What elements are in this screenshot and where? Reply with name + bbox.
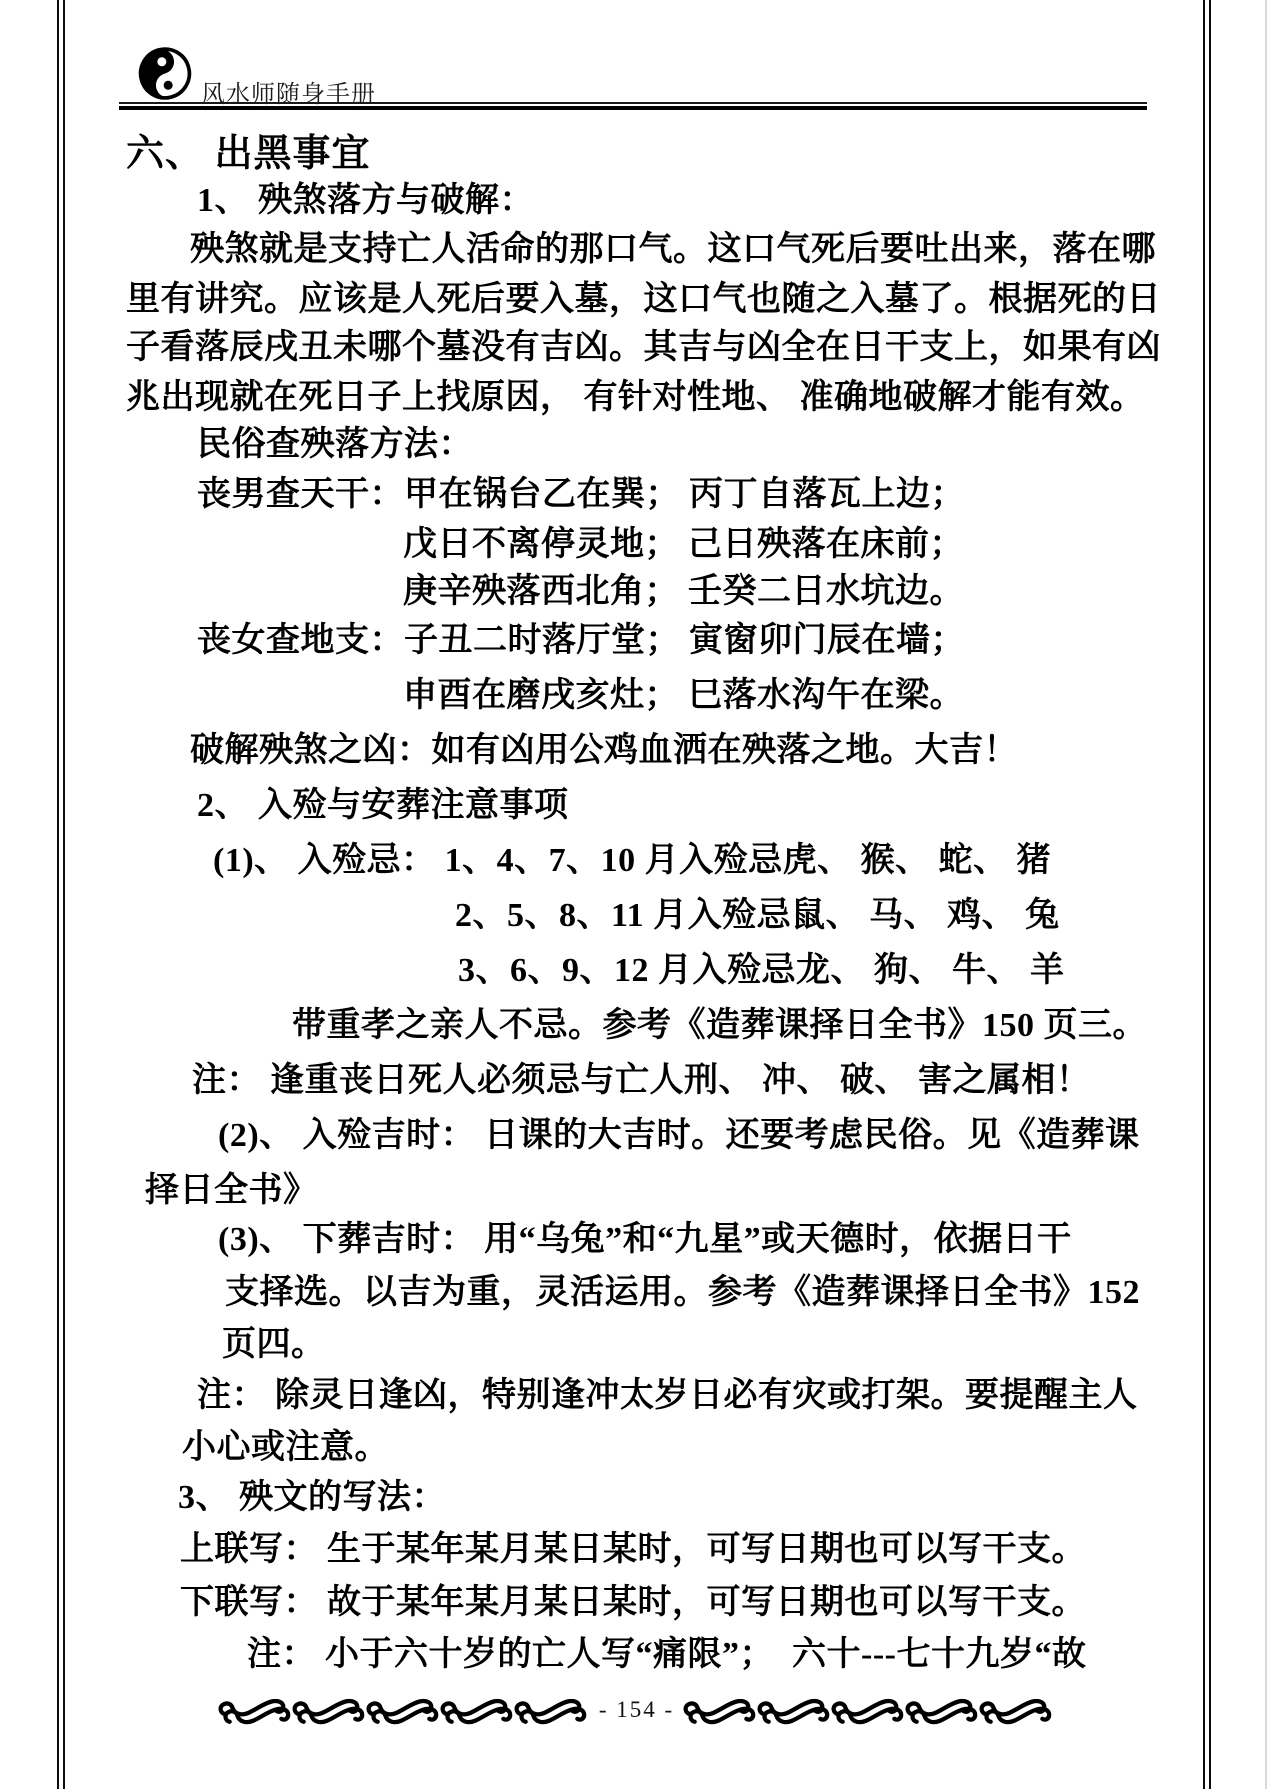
text-line: 丧男查天干：甲在锅台乙在巽； 丙丁自落瓦上边； [197, 475, 965, 516]
text-line: 里有讲究。应该是人死后要入墓，这口气也随之入墓了。根据死的日 [126, 280, 1161, 321]
text-line: 3、 殃文的写法： [178, 1478, 446, 1519]
swash-ornament-icon [365, 1694, 443, 1730]
swash-ornament-icon [513, 1694, 591, 1730]
text-line: 丧女查地支：子丑二时落厅堂； 寅窗卯门辰在墙； [197, 621, 965, 662]
text-line: 注： 逢重丧日死人必须忌与亡人刑、 冲、 破、 害之属相！ [192, 1061, 1091, 1102]
scan-edge-shadow [1265, 0, 1267, 1789]
text-line: 择日全书》 [145, 1171, 318, 1212]
text-line: 殃煞就是支持亡人活命的那口气。这口气死后要吐出来，落在哪 [190, 230, 1156, 271]
document-page: 风水师随身手册 六、 出黑事宜1、 殃煞落方与破解：殃煞就是支持亡人活命的那口气… [0, 0, 1269, 1789]
swash-ornament-icon [682, 1694, 760, 1730]
text-line: 申酉在磨戌亥灶； 巳落水沟午在梁。 [403, 676, 964, 717]
section-title: 六、 出黑事宜 [126, 132, 371, 178]
header-rule-thin [119, 102, 1147, 104]
text-line: (1)、 入殓忌： 1、4、7、10 月入殓忌虎、 猴、 蛇、 猪 [213, 841, 1051, 882]
text-line: 注： 小于六十岁的亡人写“痛限”； 六十---七十九岁“故 [247, 1635, 1086, 1676]
text-line: 页四。 [222, 1325, 326, 1366]
text-line: 支择选。以吉为重，灵活运用。参考《造葬课择日全书》152 [225, 1273, 1140, 1314]
swash-ornament-icon [291, 1694, 369, 1730]
text-line: 2、 入殓与安葬注意事项 [197, 786, 569, 827]
swash-ornament-icon [904, 1694, 982, 1730]
text-line: 破解殃煞之凶：如有凶用公鸡血洒在殃落之地。大吉！ [190, 731, 1018, 772]
text-line: 子看落辰戌丑未哪个墓没有吉凶。其吉与凶全在日干支上，如果有凶 [126, 328, 1161, 369]
yin-yang-logo-icon [136, 47, 194, 100]
text-line: 3、6、9、12 月入殓忌龙、 狗、 牛、 羊 [458, 951, 1065, 992]
text-line: 兆出现就在死日子上找原因， 有针对性地、 准确地破解才能有效。 [126, 378, 1145, 419]
text-line: 小心或注意。 [182, 1428, 389, 1469]
text-line: 2、5、8、11 月入殓忌鼠、 马、 鸡、 兔 [455, 896, 1060, 937]
header-rule-thick [119, 106, 1147, 110]
text-line: 民俗查殃落方法： [197, 425, 473, 466]
page-border-left [57, 0, 65, 1789]
swash-ornament-icon [756, 1694, 834, 1730]
footer-ornaments-left [219, 1694, 589, 1730]
text-line: 注： 除灵日逢凶，特别逢冲太岁日必有灾或打架。要提醒主人 [197, 1376, 1138, 1417]
text-line: 下联写： 故于某年某月某日某时，可写日期也可以写干支。 [180, 1583, 1086, 1624]
text-line: 上联写： 生于某年某月某日某时，可写日期也可以写干支。 [180, 1530, 1086, 1571]
page-footer: - 154 - [126, 1694, 1147, 1730]
text-line: 戊日不离停灵地； 己日殃落在床前； [403, 525, 964, 566]
footer-ornaments-right [684, 1694, 1054, 1730]
text-line: 庚辛殃落西北角； 壬癸二日水坑边。 [403, 572, 964, 613]
text-line: 1、 殃煞落方与破解： [197, 181, 534, 222]
swash-ornament-icon [439, 1694, 517, 1730]
text-line: (2)、 入殓吉时： 日课的大吉时。还要考虑民俗。见《造葬课 [218, 1116, 1140, 1157]
page-number: - 154 - [599, 1697, 674, 1723]
text-line: 带重孝之亲人不忌。参考《造葬课择日全书》150 页三。 [292, 1006, 1147, 1047]
swash-ornament-icon [830, 1694, 908, 1730]
swash-ornament-icon [978, 1694, 1056, 1730]
swash-ornament-icon [217, 1694, 295, 1730]
page-border-right [1203, 0, 1211, 1789]
text-line: (3)、 下葬吉时： 用“乌兔”和“九星”或天德时，依据日干 [218, 1220, 1072, 1261]
